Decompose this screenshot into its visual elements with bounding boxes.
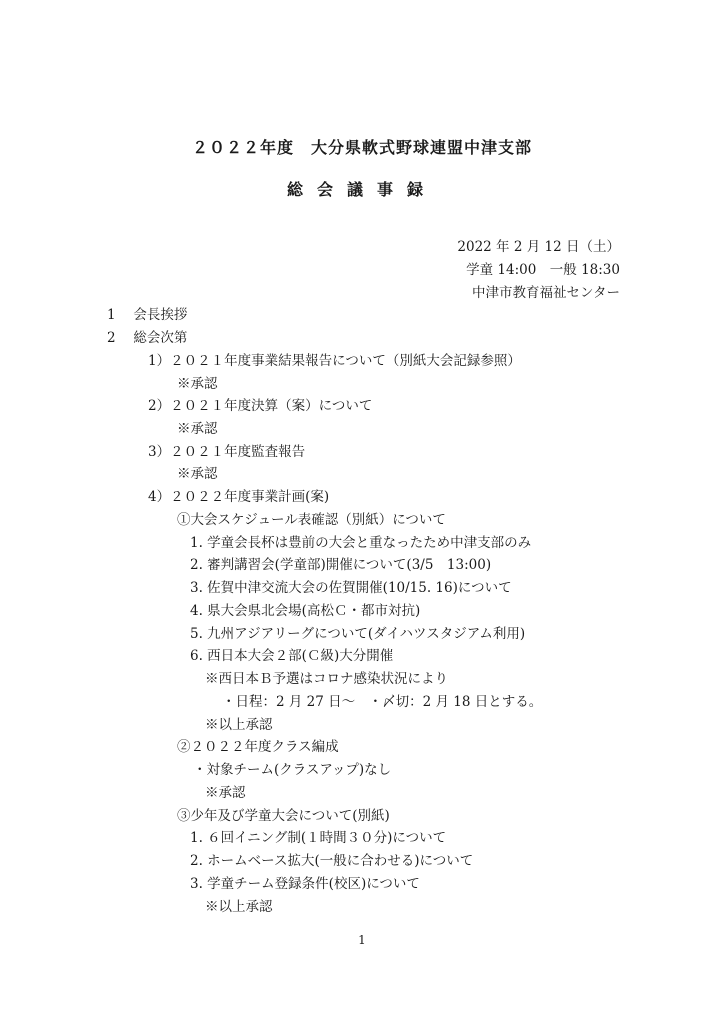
agenda-line: 3. 学童チーム登録条件(校区)について — [190, 876, 420, 892]
agenda-line: 2. 審判講習会(学童部)開催について(3/5 13:00) — [190, 557, 491, 573]
agenda-line: ※承認 — [205, 785, 246, 801]
agenda-line: 1 会長挨拶 — [107, 307, 187, 323]
agenda-line: 4）２０２２年度事業計画(案) — [148, 489, 329, 505]
agenda-line: ※承認 — [177, 421, 218, 437]
agenda-line: 2. ホームベース拡大(一般に合わせる)について — [190, 853, 473, 869]
agenda-line: 1. ６回イニング制(１時間３０分)について — [190, 830, 446, 846]
agenda-line: ①大会スケジュール表確認（別紙）について — [177, 512, 446, 528]
agenda-line: ・日程：2 月 27 日～ ・〆切：2 月 18 日とする。 — [222, 694, 542, 710]
meeting-times: 学童 14:00 一般 18:30 — [466, 258, 620, 278]
agenda-line: ※承認 — [177, 376, 218, 392]
agenda-line: 3. 佐賀中津交流大会の佐賀開催(10/15. 16)について — [190, 580, 512, 596]
agenda-line: 1. 学童会長杯は豊前の大会と重なったため中津支部のみ — [190, 535, 531, 551]
agenda-line: ※西日本Ｂ予選はコロナ感染状況により — [205, 671, 448, 687]
agenda-line: 2）２０２１年度決算（案）について — [148, 398, 372, 414]
agenda-line: ※承認 — [177, 466, 218, 482]
agenda-line: 6. 西日本大会２部(Ｃ級)大分開催 — [190, 648, 393, 664]
agenda-line: ②２０２２年度クラス編成 — [177, 739, 339, 755]
agenda-line: 1）２０２１年度事業結果報告について（別紙大会記録参照） — [148, 353, 521, 369]
agenda-line: ※以上承認 — [205, 899, 273, 915]
agenda-line: 4. 県大会県北会場(高松Ｃ・都市対抗) — [190, 603, 420, 619]
meeting-date: 2022 年 2 月 12 日（土） — [457, 235, 620, 255]
agenda-line: ※以上承認 — [205, 717, 273, 733]
document-title: ２０２２年度 大分県軟式野球連盟中津支部 — [0, 135, 724, 158]
agenda-line: ・対象チーム(クラスアップ)なし — [193, 762, 391, 778]
page-number: 1 — [0, 933, 724, 947]
agenda-line: ③少年及び学童大会について(別紙) — [177, 808, 390, 824]
agenda-line: 2 総会次第 — [107, 330, 187, 346]
agenda-line: 5. 九州アジアリーグについて(ダイハツスタジアム利用) — [190, 626, 525, 642]
meeting-venue: 中津市教育福祉センター — [472, 281, 620, 301]
agenda-line: 3）２０２１年度監査報告 — [148, 444, 305, 460]
document-subtitle: 総会議事録 — [0, 177, 724, 200]
